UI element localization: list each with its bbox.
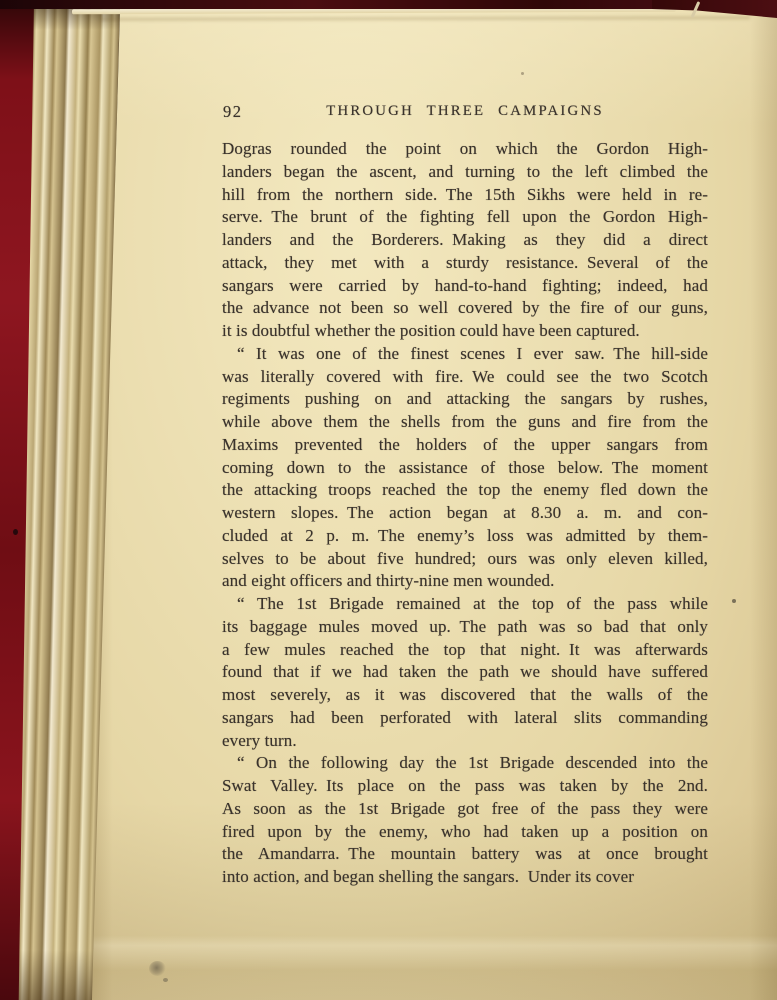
text-line: landers began the ascent, and turning to… [222,161,708,184]
page-header: 92 THROUGH THREE CAMPAIGNS [222,102,708,124]
text-line: As soon as the 1st Brigade got free of t… [222,798,708,821]
text-line: landers and the Borderers. Making as the… [222,229,708,252]
text-line: found that if we had taken the path we s… [222,661,708,684]
text-line: serve. The brunt of the fighting fell up… [222,206,708,229]
text-line: sangars were carried by hand-to-hand fig… [222,275,708,298]
running-title: THROUGH THREE CAMPAIGNS [222,103,708,120]
ink-speck [732,599,736,603]
text-line: its baggage mules moved up. The path was… [222,616,708,639]
text-line: and eight officers and thirty-nine men w… [222,570,708,593]
text-line: attack, they met with a sturdy resistanc… [222,252,708,275]
cover-fleck [13,529,18,535]
text-line: cluded at 2 p. m. The enemy’s loss was a… [222,525,708,548]
text-line: Dogras rounded the point on which the Go… [222,138,708,161]
text-line: selves to be about five hundred; ours wa… [222,548,708,571]
text-line: was literally covered with fire. We coul… [222,366,708,389]
text-line: into action, and began shelling the sang… [222,866,708,889]
text-line: “ On the following day the 1st Brigade d… [222,752,708,775]
text-line: fired upon by the enemy, who had taken u… [222,821,708,844]
page-stain [149,961,166,976]
ink-speck [521,72,524,75]
text-line: “ The 1st Brigade remained at the top of… [222,593,708,616]
text-line: every turn. [222,730,708,753]
text-line: most severely, as it was discovered that… [222,684,708,707]
book-scan: 92 THROUGH THREE CAMPAIGNS Dogras rounde… [0,0,777,1000]
text-line: the attacking troops reached the top the… [222,479,708,502]
text-line: coming down to the assistance of those b… [222,457,708,480]
text-line: the advance not been so well covered by … [222,297,708,320]
text-line: the Amandarra. The mountain battery was … [222,843,708,866]
page-stain-speck [163,978,168,982]
text-line: regiments pushing on and attacking the s… [222,388,708,411]
text-line: Swat Valley. Its place on the pass was t… [222,775,708,798]
text-line: a few mules reached the top that night. … [222,639,708,662]
text-line: “ It was one of the finest scenes I ever… [222,343,708,366]
text-line: Maxims prevented the holders of the uppe… [222,434,708,457]
text-line: hill from the northern side. The 15th Si… [222,184,708,207]
text-line: western slopes. The action began at 8.30… [222,502,708,525]
text-line: while above them the shells from the gun… [222,411,708,434]
text-line: it is doubtful whether the position coul… [222,320,708,343]
text-line: sangars had been perforated with lateral… [222,707,708,730]
body-text: Dogras rounded the point on which the Go… [222,138,708,889]
